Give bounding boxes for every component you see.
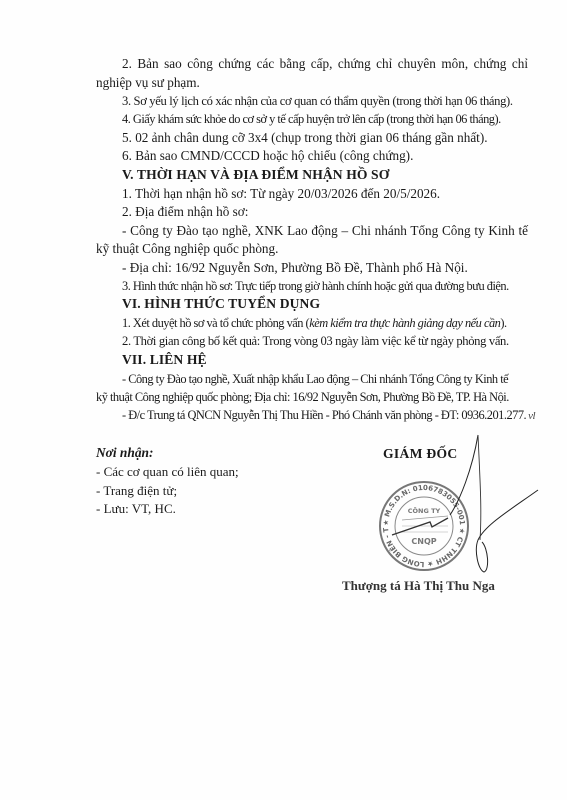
signature-icon [440, 430, 540, 580]
recipients-title: Nơi nhận: [96, 445, 153, 461]
section-5-company-line2: kỹ thuật Công nghiệp quốc phòng. [96, 240, 528, 258]
section-5-address: - Địa chỉ: 16/92 Nguyễn Sơn, Phường Bồ Đ… [122, 259, 528, 277]
section-7-company-line1: - Công ty Đào tạo nghề, Xuất nhập khẩu L… [122, 370, 528, 388]
recipient-item: - Lưu: VT, HC. [96, 500, 176, 518]
section-5-location-label: 2. Địa điểm nhận hồ sơ: [122, 203, 528, 221]
requirement-item-3: 3. Sơ yếu lý lịch có xác nhận của cơ qua… [122, 92, 528, 110]
section-7-contact: - Đ/c Trung tá QNCN Nguyễn Thị Thu Hiền … [122, 406, 528, 425]
recipient-item: - Trang điện tử; [96, 482, 177, 500]
requirement-item-6: 6. Bản sao CMND/CCCD hoặc hộ chiếu (công… [122, 147, 528, 165]
requirement-item-5: 5. 02 ảnh chân dung cỡ 3x4 (chụp trong t… [122, 129, 528, 147]
signer-name: Thượng tá Hà Thị Thu Nga [342, 578, 495, 594]
section-6-item-2: 2. Thời gian công bố kết quả: Trong vòng… [122, 332, 528, 350]
requirement-item-2-line2: nghiệp vụ sư phạm. [96, 74, 528, 92]
section-6-item-1-text: 1. Xét duyệt hồ sơ và tổ chức phỏng vấn … [122, 316, 309, 330]
section-5-heading: V. THỜI HẠN VÀ ĐỊA ĐIỂM NHẬN HỒ SƠ [122, 166, 528, 184]
svg-text:CÔNG TY: CÔNG TY [408, 506, 441, 515]
section-6-item-1-note: kèm kiểm tra thực hành giảng dạy nếu cần [309, 316, 500, 330]
handwritten-initials: vl [528, 410, 535, 422]
document-page: 2. Bản sao công chứng các bằng cấp, chứn… [0, 0, 567, 800]
svg-text:CNQP: CNQP [411, 537, 436, 546]
section-6-item-1-suffix: ). [500, 316, 506, 330]
section-5-deadline: 1. Thời hạn nhận hồ sơ: Từ ngày 20/03/20… [122, 185, 528, 203]
section-7-heading: VII. LIÊN HỆ [122, 351, 528, 369]
section-5-company-line1: - Công ty Đào tạo nghề, XNK Lao động – C… [122, 222, 528, 240]
requirement-item-4: 4. Giấy khám sức khỏe do cơ sở y tế cấp … [122, 110, 528, 128]
section-6-heading: VI. HÌNH THỨC TUYỂN DỤNG [122, 295, 528, 313]
section-6-item-1: 1. Xét duyệt hồ sơ và tổ chức phỏng vấn … [122, 314, 528, 332]
section-7-company-line2: kỹ thuật Công nghiệp quốc phòng; Địa chỉ… [96, 388, 528, 406]
section-7-contact-text: - Đ/c Trung tá QNCN Nguyễn Thị Thu Hiền … [122, 408, 526, 422]
recipient-item: - Các cơ quan có liên quan; [96, 463, 239, 481]
requirement-item-2-line1: 2. Bản sao công chứng các bằng cấp, chứn… [122, 55, 528, 73]
section-5-method: 3. Hình thức nhận hồ sơ: Trực tiếp trong… [122, 277, 528, 295]
